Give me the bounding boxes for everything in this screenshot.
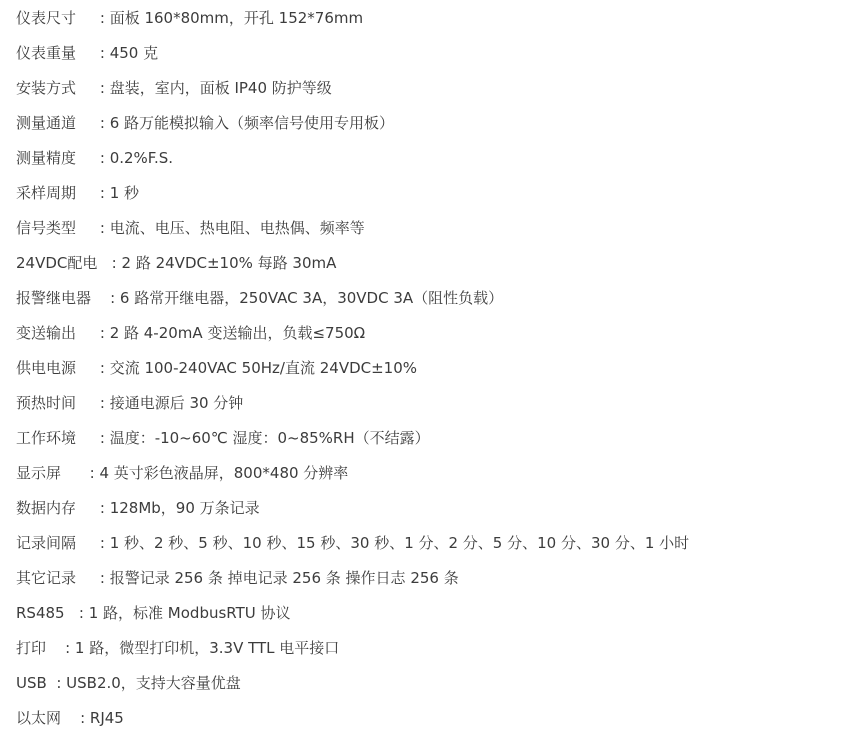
spec-value: 450 克 <box>110 42 158 63</box>
spec-row-usb: USB : USB2.0，支持大容量优盘 <box>16 665 847 700</box>
spec-label: 测量通道 <box>16 112 76 133</box>
spec-value: 1 秒、2 秒、5 秒、10 秒、15 秒、30 秒、1 分、2 分、5 分、1… <box>110 532 689 553</box>
spec-separator: : <box>76 184 110 202</box>
spec-value: 1 路，微型打印机，3.3V TTL 电平接口 <box>75 637 339 658</box>
spec-label: 其它记录 <box>16 567 76 588</box>
spec-row-channels: 测量通道 : 6 路万能模拟输入（频率信号使用专用板） <box>16 105 847 140</box>
spec-label: 记录间隔 <box>16 532 76 553</box>
spec-row-weight: 仪表重量 : 450 克 <box>16 35 847 70</box>
spec-value: 1 秒 <box>110 182 139 203</box>
spec-label: 预热时间 <box>16 392 76 413</box>
spec-row-power-supply: 供电电源 : 交流 100-240VAC 50Hz/直流 24VDC±10% <box>16 350 847 385</box>
spec-row-warmup-time: 预热时间 : 接通电源后 30 分钟 <box>16 385 847 420</box>
spec-separator: : <box>47 674 66 692</box>
spec-sheet-page: 仪表尺寸 : 面板 160*80mm，开孔 152*76mm 仪表重量 : 45… <box>0 0 847 736</box>
spec-label: 采样周期 <box>16 182 76 203</box>
spec-row-accuracy: 测量精度 : 0.2%F.S. <box>16 140 847 175</box>
spec-value: 温度：-10~60℃ 湿度：0~85%RH（不结露） <box>110 427 430 448</box>
spec-label: 测量精度 <box>16 147 76 168</box>
spec-value: 报警记录 256 条 掉电记录 256 条 操作日志 256 条 <box>110 567 459 588</box>
spec-separator: : <box>76 359 110 377</box>
spec-value: 6 路常开继电器，250VAC 3A，30VDC 3A（阻性负载） <box>120 287 503 308</box>
spec-list: 仪表尺寸 : 面板 160*80mm，开孔 152*76mm 仪表重量 : 45… <box>0 0 847 735</box>
spec-separator: : <box>76 569 110 587</box>
spec-separator: : <box>76 429 110 447</box>
spec-separator: : <box>91 289 120 307</box>
spec-label: 仪表重量 <box>16 42 76 63</box>
spec-row-rs485: RS485 : 1 路，标准 ModbusRTU 协议 <box>16 595 847 630</box>
spec-label: 打印 <box>16 637 46 658</box>
spec-row-dimensions: 仪表尺寸 : 面板 160*80mm，开孔 152*76mm <box>16 0 847 35</box>
spec-value: 6 路万能模拟输入（频率信号使用专用板） <box>110 112 394 133</box>
spec-row-print: 打印 : 1 路，微型打印机，3.3V TTL 电平接口 <box>16 630 847 665</box>
spec-label: RS485 <box>16 604 65 622</box>
spec-value: 1 路，标准 ModbusRTU 协议 <box>89 602 291 623</box>
spec-separator: : <box>76 44 110 62</box>
spec-row-display: 显示屏 : 4 英寸彩色液晶屏，800*480 分辨率 <box>16 455 847 490</box>
spec-separator: : <box>76 499 110 517</box>
spec-label: 以太网 <box>16 707 61 728</box>
spec-label: 数据内存 <box>16 497 76 518</box>
spec-separator: : <box>97 254 121 272</box>
spec-row-environment: 工作环境 : 温度：-10~60℃ 湿度：0~85%RH（不结露） <box>16 420 847 455</box>
spec-separator: : <box>46 639 75 657</box>
spec-value: 交流 100-240VAC 50Hz/直流 24VDC±10% <box>110 357 417 378</box>
spec-separator: : <box>76 394 110 412</box>
spec-row-24vdc-power: 24VDC配电 : 2 路 24VDC±10% 每路 30mA <box>16 245 847 280</box>
spec-value: 面板 160*80mm，开孔 152*76mm <box>110 7 363 28</box>
spec-separator: : <box>76 324 110 342</box>
spec-label: 变送输出 <box>16 322 76 343</box>
spec-separator: : <box>61 709 90 727</box>
spec-label: 报警继电器 <box>16 287 91 308</box>
spec-label: 工作环境 <box>16 427 76 448</box>
spec-value: RJ45 <box>90 709 124 727</box>
spec-label: 供电电源 <box>16 357 76 378</box>
spec-label: 显示屏 <box>16 462 61 483</box>
spec-label: USB <box>16 674 47 692</box>
spec-value: 128Mb，90 万条记录 <box>110 497 260 518</box>
spec-value: 0.2%F.S. <box>110 149 173 167</box>
spec-row-other-records: 其它记录 : 报警记录 256 条 掉电记录 256 条 操作日志 256 条 <box>16 560 847 595</box>
spec-row-alarm-relay: 报警继电器 : 6 路常开继电器，250VAC 3A，30VDC 3A（阻性负载… <box>16 280 847 315</box>
spec-row-memory: 数据内存 : 128Mb，90 万条记录 <box>16 490 847 525</box>
spec-row-record-interval: 记录间隔 : 1 秒、2 秒、5 秒、10 秒、15 秒、30 秒、1 分、2 … <box>16 525 847 560</box>
spec-separator: : <box>76 534 110 552</box>
spec-value: USB2.0，支持大容量优盘 <box>66 672 241 693</box>
spec-value: 盘装，室内，面板 IP40 防护等级 <box>110 77 332 98</box>
spec-label: 24VDC配电 <box>16 252 97 273</box>
spec-label: 信号类型 <box>16 217 76 238</box>
spec-separator: : <box>76 149 110 167</box>
spec-row-transmit-output: 变送输出 : 2 路 4-20mA 变送输出，负载≤750Ω <box>16 315 847 350</box>
spec-value: 2 路 4-20mA 变送输出，负载≤750Ω <box>110 322 365 343</box>
spec-row-mounting: 安装方式 : 盘装，室内，面板 IP40 防护等级 <box>16 70 847 105</box>
spec-separator: : <box>76 79 110 97</box>
spec-separator: : <box>65 604 89 622</box>
spec-separator: : <box>76 114 110 132</box>
spec-value: 2 路 24VDC±10% 每路 30mA <box>122 252 337 273</box>
spec-separator: : <box>76 9 110 27</box>
spec-value: 接通电源后 30 分钟 <box>110 392 244 413</box>
spec-value: 电流、电压、热电阻、电热偶、频率等 <box>110 217 365 238</box>
spec-separator: : <box>61 464 99 482</box>
spec-separator: : <box>76 219 110 237</box>
spec-row-ethernet: 以太网 : RJ45 <box>16 700 847 735</box>
spec-row-sampling: 采样周期 : 1 秒 <box>16 175 847 210</box>
spec-label: 安装方式 <box>16 77 76 98</box>
spec-label: 仪表尺寸 <box>16 7 76 28</box>
spec-value: 4 英寸彩色液晶屏，800*480 分辨率 <box>99 462 348 483</box>
spec-row-signal-types: 信号类型 : 电流、电压、热电阻、电热偶、频率等 <box>16 210 847 245</box>
